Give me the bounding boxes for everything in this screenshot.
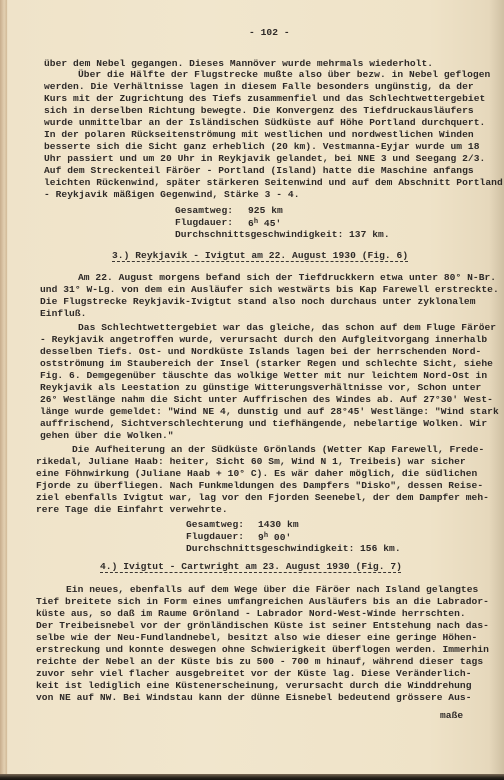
- text-line: 26° Westlänge nahm die Sicht unter Auffr…: [40, 394, 493, 405]
- text-line: Auf dem Streckenteil Färöer - Portland (…: [44, 165, 474, 176]
- scan-bottom-edge: [0, 774, 504, 780]
- text-line: Fjorde zu überfliegen. Nach Funkmeldunge…: [36, 480, 483, 491]
- text-line: Ein neues, ebenfalls auf dem Wege über d…: [66, 584, 478, 595]
- text-line: In der polaren Rückseitenströmung mit we…: [44, 129, 474, 140]
- text-line: Über die Hälfte der Flugstrecke mußte al…: [78, 69, 490, 80]
- stat-label-avg-speed: Durchschnittsgeschwindigkeit:: [175, 229, 343, 240]
- text-line: keit ist lediglich eine Küstenerscheinun…: [36, 680, 472, 691]
- text-line: zuvor sehr viel flacher ausgebreitet vor…: [36, 668, 472, 679]
- text-line: Fig. 6. Demgegenüber täuschte das wolkig…: [40, 370, 487, 381]
- text-line: Am 22. August morgens befand sich der Ti…: [78, 272, 496, 283]
- stat-label-distance: Gesamtweg:: [186, 519, 244, 530]
- text-line: Die Aufheiterung an der Südküste Grönlan…: [72, 444, 484, 455]
- stat-label-duration: Flugdauer:: [186, 531, 244, 542]
- text-line: auffrischend, Sichtverschlechterung und …: [40, 418, 487, 429]
- text-line: von NE auf NW. Bei Windstau kann der dün…: [36, 692, 472, 703]
- stat-value-duration: 6h 45': [248, 217, 281, 229]
- text-line: und 31° W-Lg. von dem ein Ausläufer sich…: [40, 284, 499, 295]
- text-line: ostströmung im Staubereich der Insel (st…: [40, 358, 493, 369]
- stat-value-distance: 925 km: [248, 205, 283, 216]
- text-line: Der Treibeisnebel vor der grönländischen…: [36, 620, 489, 631]
- text-line: Reykjavik als Leestation zu günstige Wit…: [40, 382, 481, 393]
- text-line: rikedal, Juliane Haab: heiter, Sicht 60 …: [36, 456, 466, 467]
- stat-label-duration: Flugdauer:: [175, 217, 233, 228]
- text-line: erstreckung und konnte deswegen ohne Sch…: [36, 644, 489, 655]
- text-line: gehen über die Wolken.": [40, 430, 174, 441]
- text-line: länge wurde gemeldet: "Wind NE 4, dunsti…: [40, 406, 499, 417]
- text-line: küste aus, so daß im Raume Grönland - La…: [36, 608, 466, 619]
- text-line: selbe wie der Neu-Fundlandnebel, besitzt…: [36, 632, 477, 643]
- stat-value-duration: 9h 00': [258, 531, 291, 543]
- text-line: rere Tage die Einfahrt verwehrte.: [36, 504, 228, 515]
- text-line: desselben Tiefs. Ost- und Nordküste Isla…: [40, 346, 481, 357]
- page-binding-edge: [0, 0, 7, 780]
- text-line: - Reykjavik angetroffen wurde, verursach…: [40, 334, 487, 345]
- stat-value-avg-speed: 156 km.: [360, 543, 401, 554]
- text-line: - Reykjavik mäßigen Gegenwind, Stärke 3 …: [44, 189, 300, 200]
- text-line: wurde unmittelbar an der Isländischen Sü…: [44, 117, 485, 128]
- stat-value-distance: 1430 km: [258, 519, 299, 530]
- text-line: Kurs mit der Zugrichtung des Tiefs zusam…: [44, 93, 485, 104]
- text-line: ziel ebenfalls Ivigtut war, lag vor den …: [36, 492, 489, 503]
- text-line: sich in derselben Richtung bewegte. Die …: [44, 105, 474, 116]
- stat-label-avg-speed: Durchschnittsgeschwindigkeit:: [186, 543, 354, 554]
- text-line: werden. Die Verhältnisse lagen in diesem…: [44, 81, 474, 92]
- stat-label-distance: Gesamtweg:: [175, 205, 233, 216]
- text-line: Die Flugstrecke Reykjavik-Ivigtut stand …: [40, 296, 476, 307]
- text-line: eine Föhnwirkung (Juliane Haab + 10° C).…: [36, 468, 477, 479]
- section-heading-4: 4.) Ivigtut - Cartwright am 23. August 1…: [100, 561, 402, 572]
- text-line: Das Schlechtwettergebiet war das gleiche…: [78, 322, 496, 333]
- text-line: über dem Nebel gegangen. Dieses Mannöver…: [44, 58, 433, 69]
- catchword: maße: [440, 710, 463, 721]
- text-line: reichte der Nebel an der Küste bis zu 50…: [36, 656, 483, 667]
- text-line: Einfluß.: [40, 308, 86, 319]
- section-heading-3: 3.) Reykjavik - Ivigtut am 22. August 19…: [112, 250, 408, 261]
- text-line: Uhr passiert und um 20 Uhr in Reykjavik …: [44, 153, 485, 164]
- text-line: besserte sich die Sicht ganz erheblich (…: [44, 141, 480, 152]
- text-line: leichten Rückenwind, später stärkeren Se…: [44, 177, 503, 188]
- text-line: Tief breitete sich in Form eines umfangr…: [36, 596, 489, 607]
- stat-value-avg-speed: 137 km.: [349, 229, 390, 240]
- page-number: - 102 -: [249, 27, 290, 38]
